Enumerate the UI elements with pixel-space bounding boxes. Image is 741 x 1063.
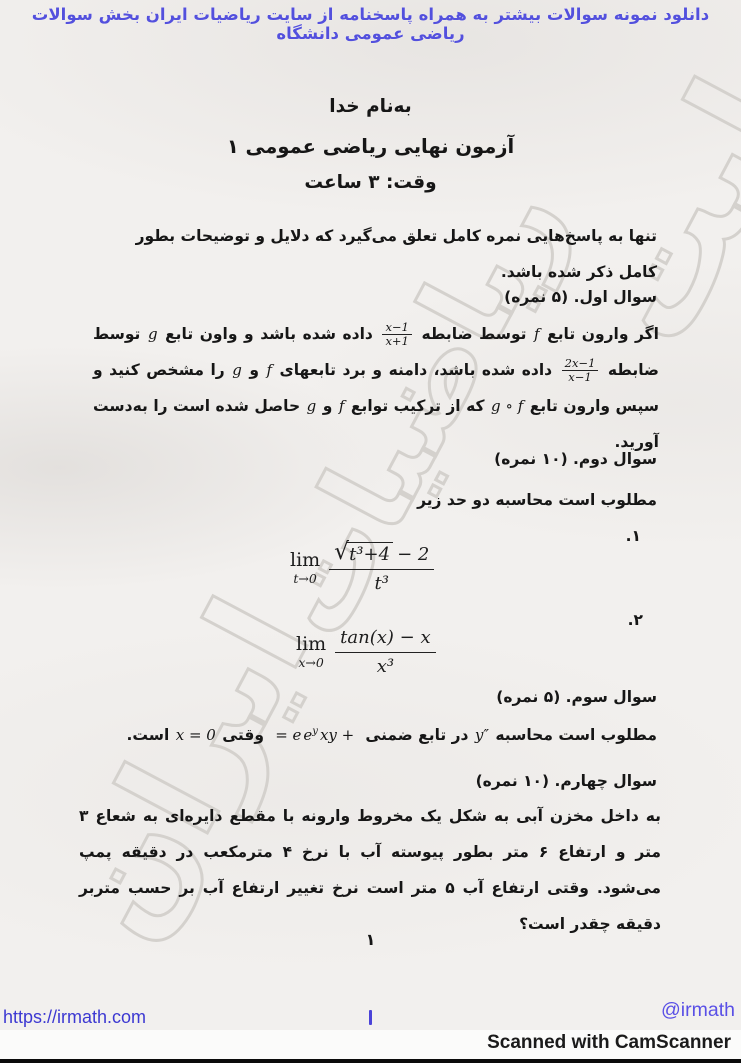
fraction-denominator: x+1 xyxy=(382,335,411,348)
math-inline: g ∘ f xyxy=(490,397,524,415)
text-segment: و xyxy=(243,361,266,379)
text-segment: داده شده باشد، دامنه و برد تابعهای xyxy=(273,361,559,379)
question-2-heading: سوال دوم. (۱۰ نمره) xyxy=(494,450,657,468)
question-1-body: اگر وارون تابع f توسط ضابطه x−1x+1 داده … xyxy=(93,316,659,460)
math-inline: x = 0 xyxy=(175,726,217,744)
bottom-black-bar xyxy=(0,1059,741,1063)
grading-instruction: تنها به پاسخ‌هایی نمره کامل تعلق می‌گیرد… xyxy=(105,218,657,290)
math-inline: g xyxy=(147,325,159,343)
math-inline: xy + xyxy=(319,726,360,744)
promo-banner-text: دانلود نمونه سوالات بیشتر به همراه پاسخن… xyxy=(6,5,735,43)
inline-fraction: x−1x+1 xyxy=(382,321,411,348)
question-4-body: به داخل مخزن آبی به شکل یک مخروط وارونه … xyxy=(79,798,661,942)
square-root: √ t³+4 xyxy=(334,542,393,565)
question-3-heading: سوال سوم. (۵ نمره) xyxy=(496,688,657,706)
math-inline: g xyxy=(231,361,243,379)
text-segment: که از ترکیب توابع xyxy=(345,397,490,415)
fraction-denominator: x−1 xyxy=(562,371,599,384)
scanned-exam-page: دانلود نمونه سوالات بیشتر به همراه پاسخن… xyxy=(0,0,741,1063)
text-segment: و xyxy=(317,397,338,415)
math-inline: f xyxy=(533,325,541,343)
question-4-heading: سوال چهارم. (۱۰ نمره) xyxy=(476,772,657,790)
exam-title: آزمون نهایی ریاضی عمومی ۱ xyxy=(0,135,741,158)
math-inline: g xyxy=(306,397,318,415)
inline-fraction: 2x−1x−1 xyxy=(562,357,599,384)
math-superscript: y xyxy=(312,726,318,737)
math-inline: y″ xyxy=(474,726,490,744)
page-number: ۱ xyxy=(0,930,741,949)
question-3-body: مطلوب است محاسبه y″ در تابع ضمنی xy + ey… xyxy=(97,714,657,753)
limit-formula-1: lim t→0 √ t³+4 − 2 t³ xyxy=(290,542,434,594)
math-inline: = e xyxy=(269,726,302,744)
text-segment: است. xyxy=(126,726,174,744)
text-segment: توسط ضابطه xyxy=(415,325,533,343)
fraction-denominator: x³ xyxy=(372,653,399,677)
question-1-heading: سوال اول. (۵ نمره) xyxy=(504,288,657,306)
text-segment: داده شده باشد و واون تابع xyxy=(159,325,380,343)
text-segment: وقتی xyxy=(217,726,270,744)
after-radical: − 2 xyxy=(397,545,429,565)
limit-formula-2: lim x→0 tan(x) − x x³ xyxy=(296,628,436,677)
fraction-numerator: 2x−1 xyxy=(562,357,599,371)
math-inline: ey xyxy=(302,726,319,744)
fraction-denominator: t³ xyxy=(370,570,394,594)
text-segment: اگر وارون تابع xyxy=(541,325,659,343)
footer-center-mark xyxy=(369,1010,372,1025)
site-url-link[interactable]: https://irmath.com xyxy=(3,1007,146,1028)
social-handle-link[interactable]: @irmath xyxy=(661,999,735,1022)
text-segment: مطلوب است محاسبه xyxy=(490,726,657,744)
camscanner-label: Scanned with CamScanner xyxy=(487,1032,731,1054)
fraction-numerator: √ t³+4 − 2 xyxy=(329,542,434,570)
fraction: √ t³+4 − 2 t³ xyxy=(329,542,434,594)
fraction-numerator: tan(x) − x xyxy=(335,628,435,653)
limit-operator: lim t→0 xyxy=(290,551,320,586)
question-2-intro: مطلوب است محاسبه دو حد زیر xyxy=(105,482,657,518)
text-segment: در تابع ضمنی xyxy=(360,726,474,744)
bismillah-line: به‌نام خدا xyxy=(0,96,741,117)
fraction: tan(x) − x x³ xyxy=(335,628,435,677)
question-2-item-2-label: ۲. xyxy=(628,611,643,629)
math-inline: f xyxy=(265,361,273,379)
exam-duration: وقت: ۳ ساعت xyxy=(0,172,741,193)
fraction-numerator: x−1 xyxy=(382,321,411,335)
question-2-item-1-label: ۱. xyxy=(626,527,641,545)
limit-operator: lim x→0 xyxy=(296,635,326,670)
